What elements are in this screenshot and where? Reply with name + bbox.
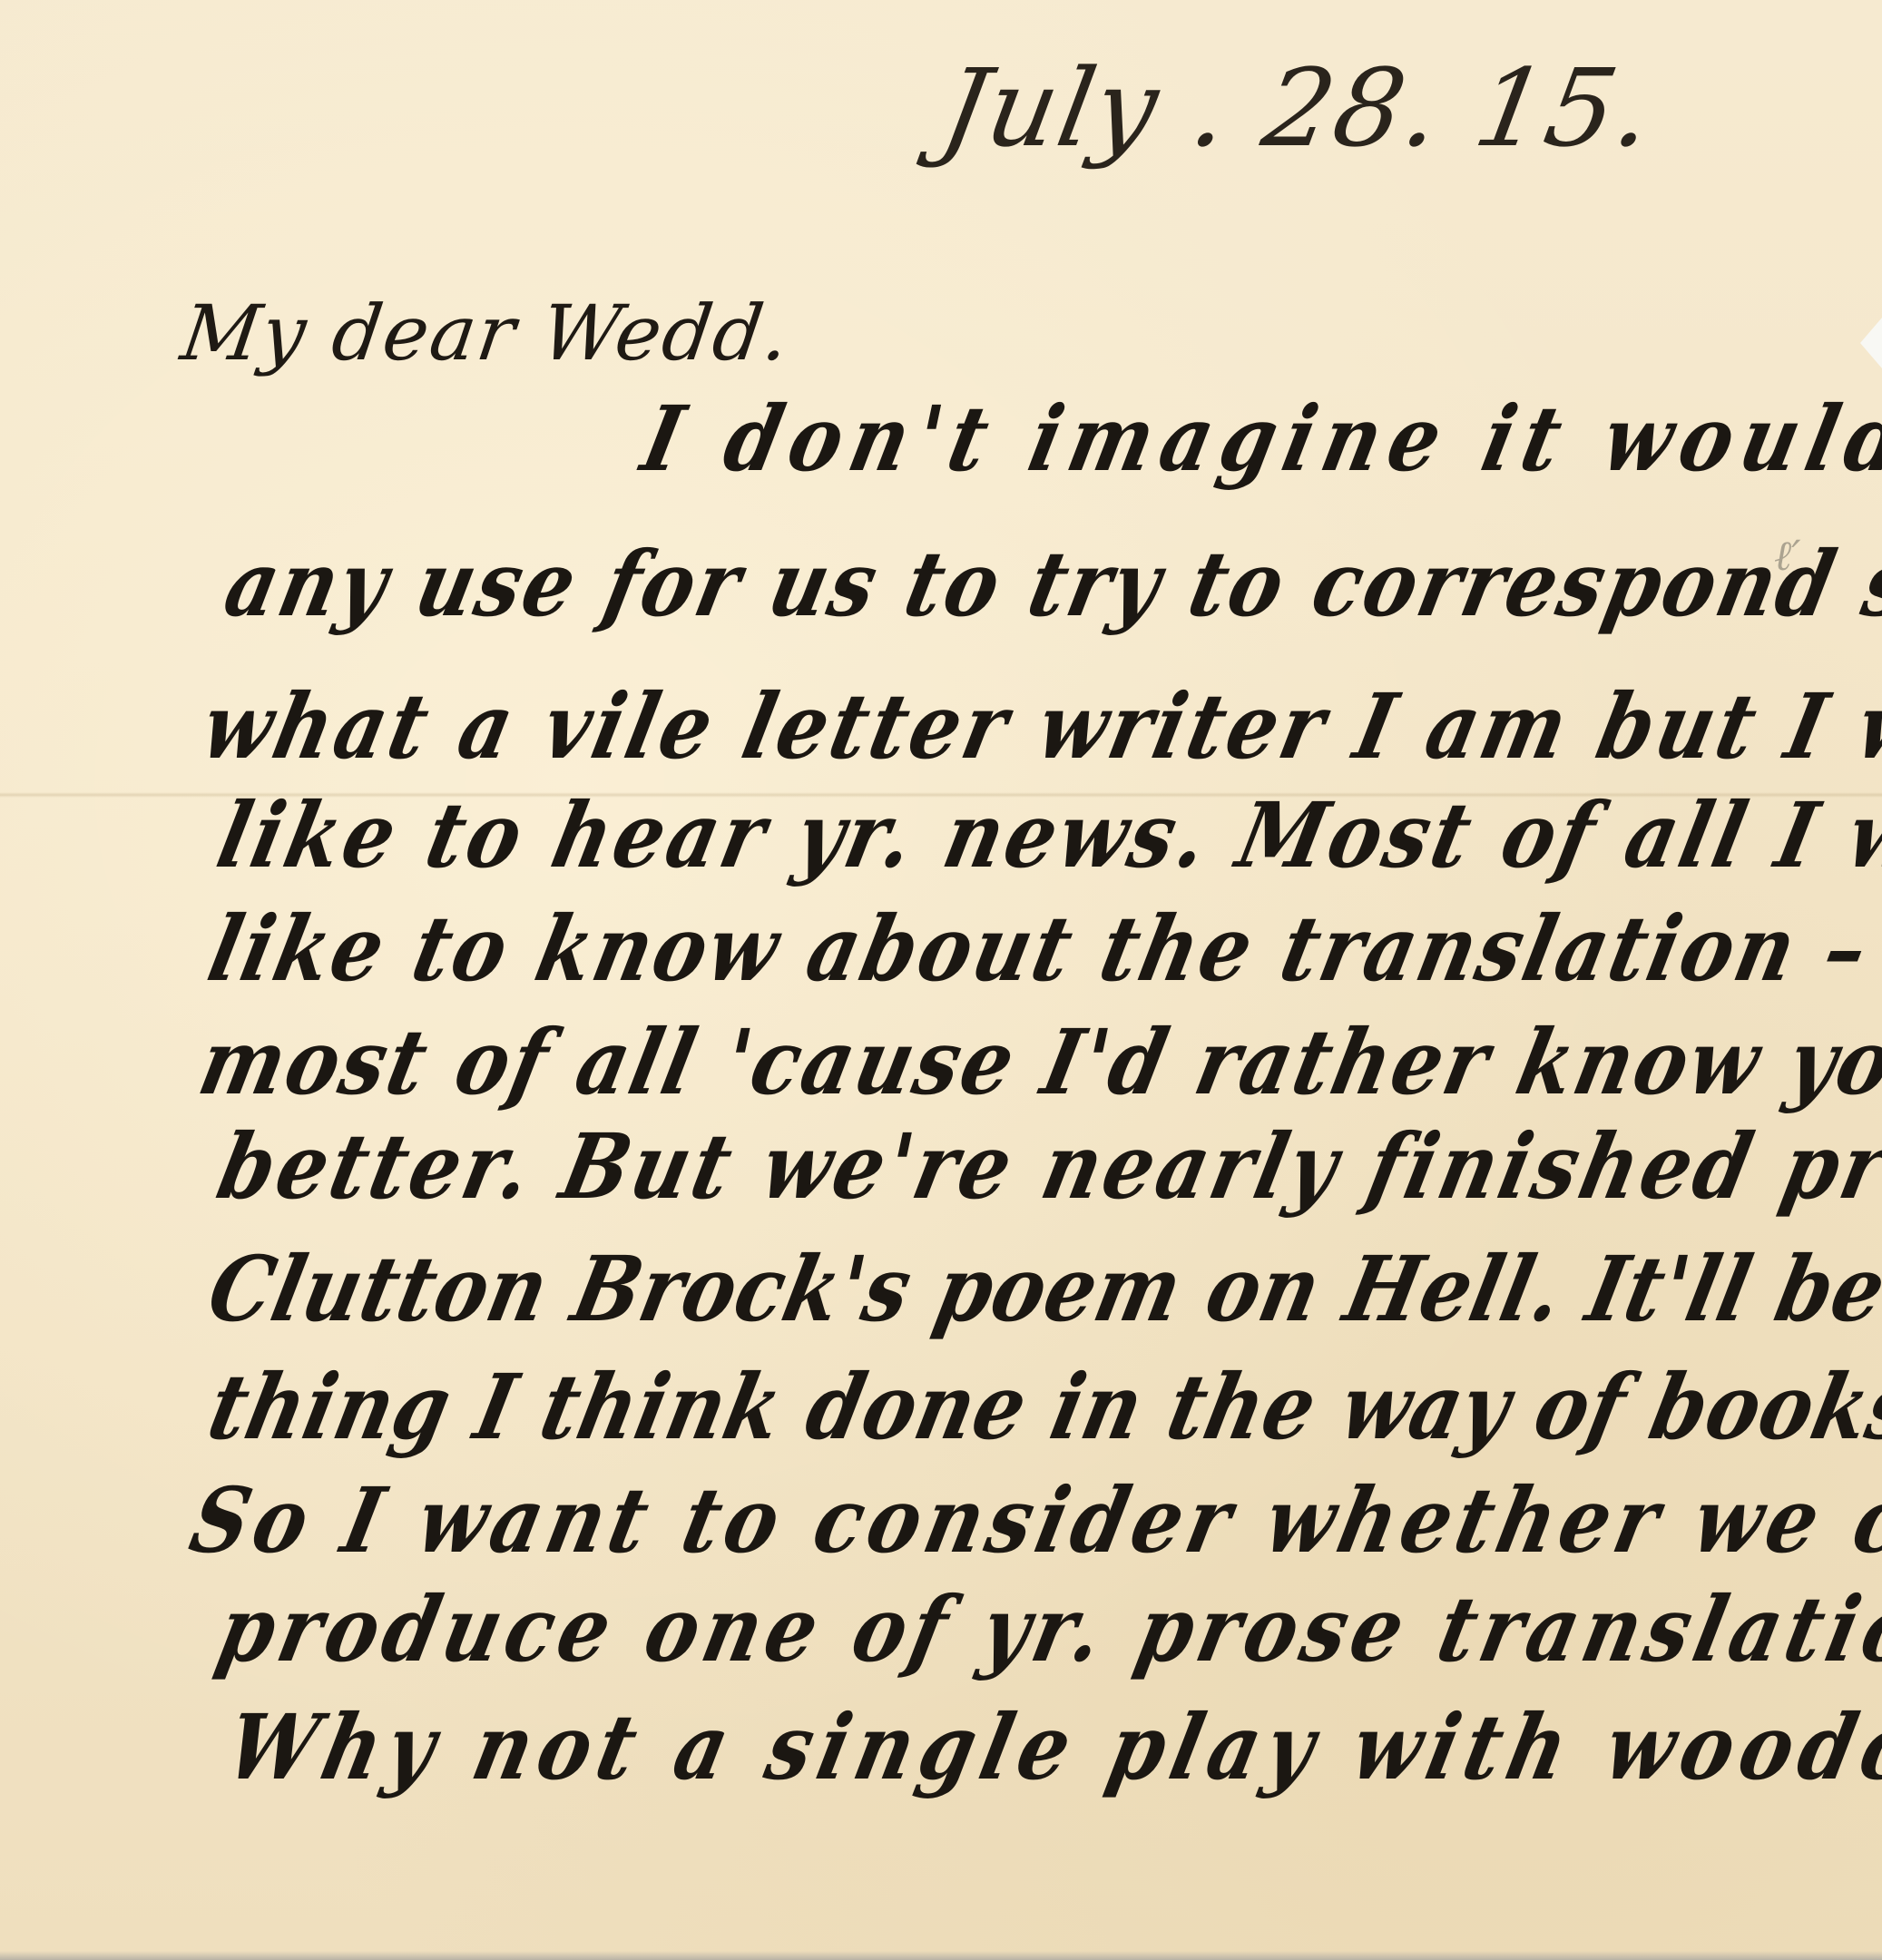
letter-date: July . 28. 15. [935,54,1662,162]
letter-line: Clutton Brock's poem on Hell. It'll be t… [201,1245,1882,1335]
letter-line: like to know about the translation – no … [201,905,1882,995]
letter-line: what a vile letter writer I am but I wou… [195,682,1882,772]
letter-line: Why not a single play with woodcut [220,1703,1882,1793]
letter-line: better. But we're nearly finished produc… [211,1122,1882,1212]
letter-line: I don't imagine it would be [635,395,1882,485]
margin-pencil-mark: ℓ′ [1774,531,1801,580]
letter-line: like to hear yr. news. Most of all I wou… [211,791,1882,881]
paper-edge-tear [1860,318,1882,368]
letter-line: So I want to consider whether we could [183,1476,1882,1566]
letter-page: July . 28. 15. My dear Wedd. I don't ima… [0,0,1882,1960]
paper-bottom-edge [0,1951,1882,1960]
letter-salutation: My dear Wedd. [177,295,796,371]
letter-line: most of all 'cause I'd rather know you w… [192,1018,1882,1108]
letter-line: produce one of yr. prose translations. [211,1585,1882,1675]
letter-line: any use for us to try to correspond seei… [218,540,1882,630]
letter-line: thing I think done in the way of books f… [201,1363,1882,1453]
